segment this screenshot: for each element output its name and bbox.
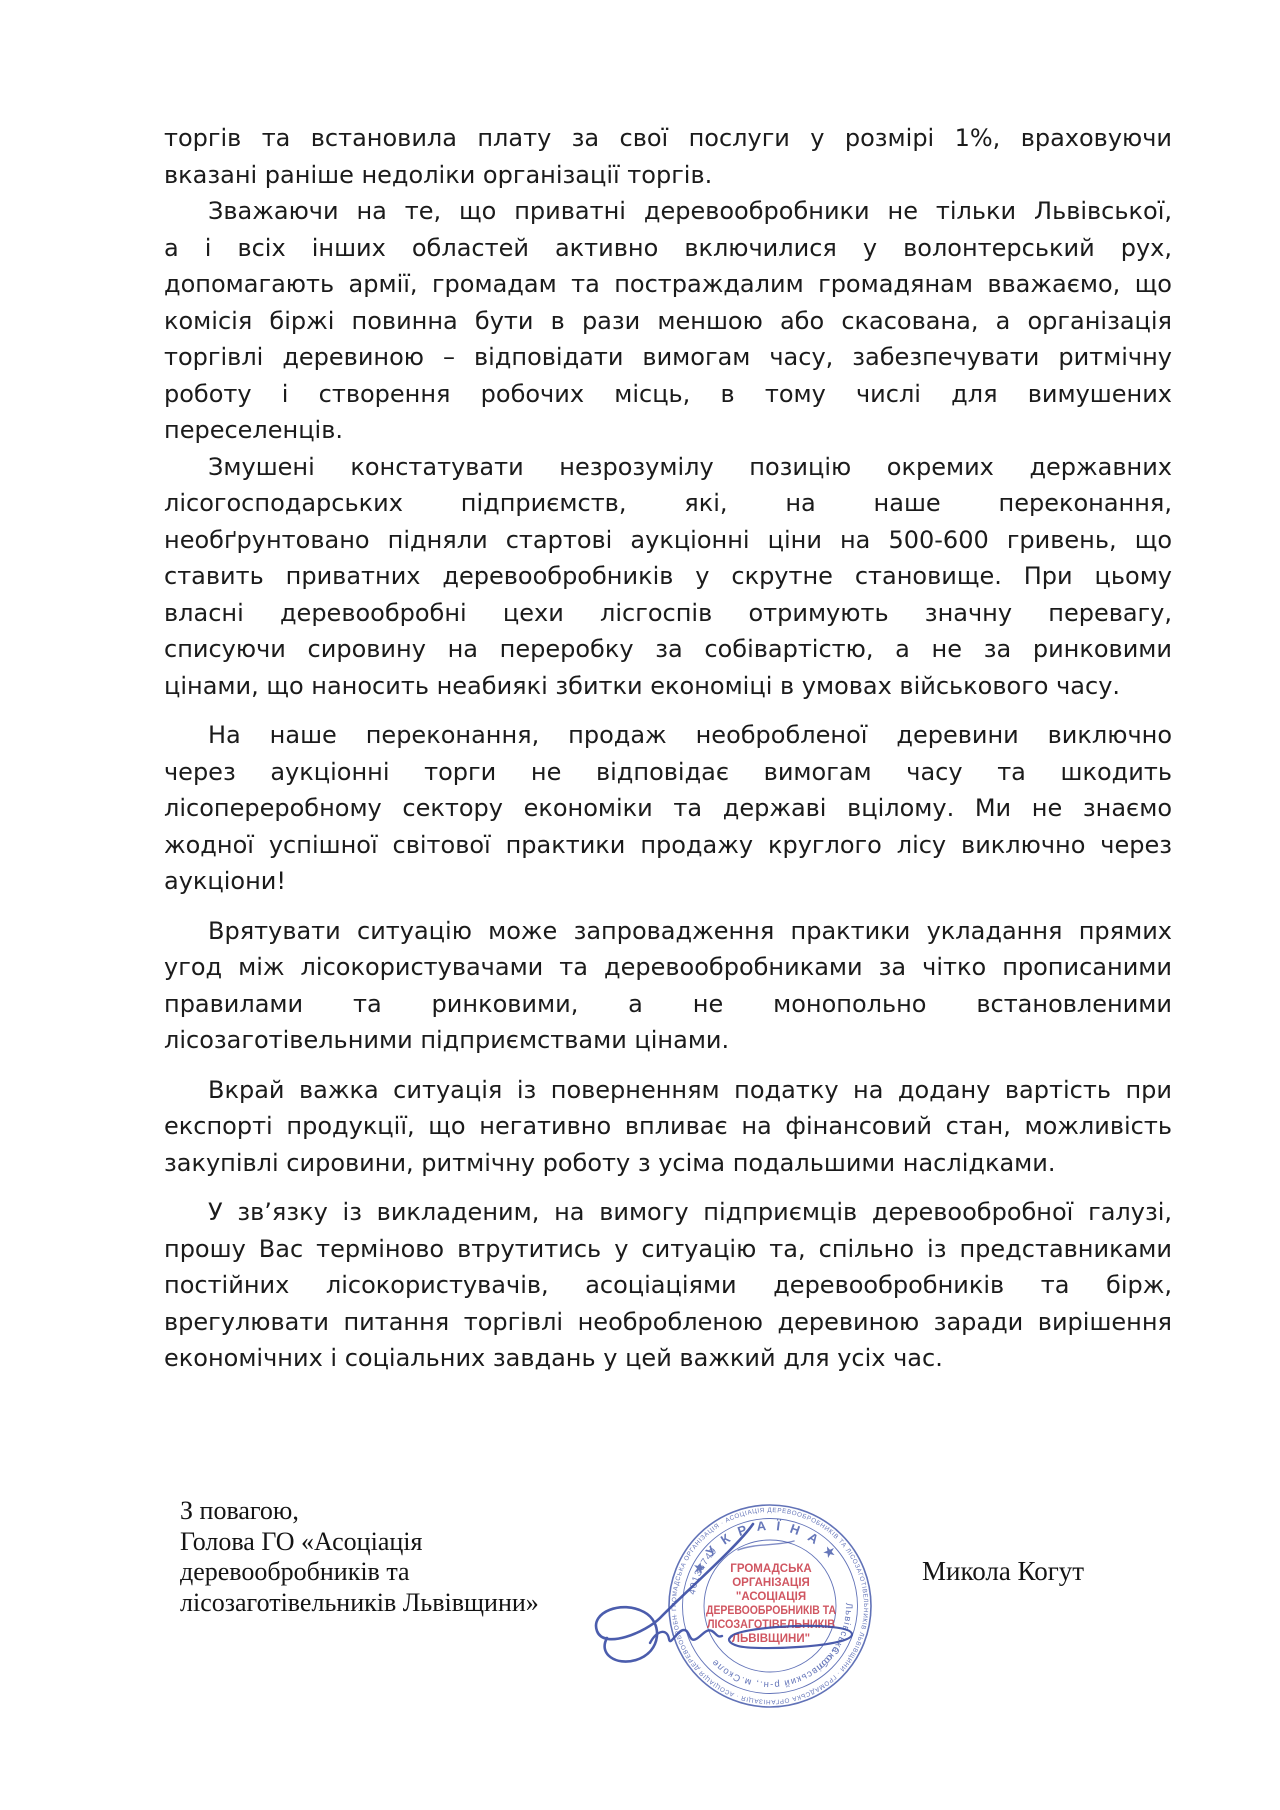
closing-line: Голова ГО «Асоціація: [180, 1527, 539, 1558]
text-line: лісопереробному сектору економіки та дер…: [164, 790, 1172, 827]
paragraph: торгів та встановила плату за свої послу…: [164, 120, 1172, 193]
text-line: цінами, що наносить неабиякі збитки екон…: [164, 668, 1172, 705]
text-line: жодної успішної світової практики продаж…: [164, 827, 1172, 864]
text-line: постійних лісокористувачів, асоціаціями …: [164, 1267, 1172, 1304]
text-line: У зв’язку із викладеним, на вимогу підпр…: [164, 1194, 1172, 1231]
text-line: угод між лісокористувачами та деревообро…: [164, 949, 1172, 986]
closing-line: деревообробників та: [180, 1557, 539, 1588]
paragraph: Врятувати ситуацію може запровадження пр…: [164, 913, 1172, 1059]
closing-block: З повагою, Голова ГО «Асоціація деревооб…: [180, 1496, 539, 1618]
text-line: допомагають армії, громадам та постражда…: [164, 266, 1172, 303]
text-line: експорті продукції, що негативно впливає…: [164, 1108, 1172, 1145]
text-line: необґрунтовано підняли стартові аукціонн…: [164, 522, 1172, 559]
text-line: ставить приватних деревообробників у скр…: [164, 558, 1172, 595]
closing-line: лісозаготівельників Львівщини»: [180, 1588, 539, 1619]
text-line: переселенців.: [164, 412, 1172, 449]
official-stamp: · ГРОМАДСЬКА ОРГАНІЗАЦІЯ · АСОЦІАЦІЯ ДЕР…: [560, 1488, 900, 1723]
text-line: Вкрай важка ситуація із поверненням пода…: [164, 1072, 1172, 1109]
text-line: через аукціонні торги не відповідає вимо…: [164, 754, 1172, 791]
text-line: закупівлі сировини, ритмічну роботу з ус…: [164, 1145, 1172, 1182]
text-line: торгів та встановила плату за свої послу…: [164, 120, 1172, 157]
closing-line: З повагою,: [180, 1496, 539, 1527]
stamp-center-line: "АСОЦІАЦІЯ: [736, 1591, 806, 1603]
paragraph: У зв’язку із викладеним, на вимогу підпр…: [164, 1194, 1172, 1377]
text-line: Врятувати ситуацію може запровадження пр…: [164, 913, 1172, 950]
text-line: списуючи сировину на переробку за собіва…: [164, 631, 1172, 668]
letter-body: торгів та встановила плату за свої послу…: [164, 120, 1172, 1377]
text-line: правилами та ринковими, а не монопольно …: [164, 986, 1172, 1023]
text-line: Змушені констатувати незрозумілу позицію…: [164, 449, 1172, 486]
text-line: комісія біржі повинна бути в рази меншою…: [164, 303, 1172, 340]
text-line: власні деревообробні цехи лісгоспів отри…: [164, 595, 1172, 632]
text-line: врегулювати питання торгівлі необроблено…: [164, 1304, 1172, 1341]
paragraph: Зважаючи на те, що приватні деревообробн…: [164, 193, 1172, 449]
text-line: вказані раніше недоліки організації торг…: [164, 157, 1172, 194]
signer-name: Микола Когут: [922, 1556, 1084, 1587]
document-page: торгів та встановила плату за свої послу…: [0, 0, 1280, 1810]
paragraph: На наше переконання, продаж необробленої…: [164, 717, 1172, 900]
text-line: Зважаючи на те, що приватні деревообробн…: [164, 193, 1172, 230]
text-line: а і всіх інших областей активно включили…: [164, 230, 1172, 267]
stamp-center-line: ОРГАНІЗАЦІЯ: [732, 1577, 810, 1589]
text-line: лісозаготівельними підприємствами цінами…: [164, 1022, 1172, 1059]
text-line: прошу Вас терміново втрутитись у ситуаці…: [164, 1231, 1172, 1268]
text-line: аукціони!: [164, 863, 1172, 900]
stamp-center-line: ГРОМАДСЬКА: [730, 1563, 811, 1575]
paragraph: Вкрай важка ситуація із поверненням пода…: [164, 1072, 1172, 1182]
text-line: лісогосподарських підприємств, які, на н…: [164, 485, 1172, 522]
text-line: На наше переконання, продаж необробленої…: [164, 717, 1172, 754]
stamp-center-line: ДЕРЕВООБРОБНИКІВ ТА: [706, 1605, 836, 1617]
text-line: роботу і створення робочих місць, в тому…: [164, 376, 1172, 413]
text-line: торгівлі деревиною – відповідати вимогам…: [164, 339, 1172, 376]
text-line: економічних і соціальних завдань у цей в…: [164, 1340, 1172, 1377]
stamp-center-text: ГРОМАДСЬКА ОРГАНІЗАЦІЯ "АСОЦІАЦІЯ ДЕРЕВО…: [706, 1563, 836, 1645]
stamp-center-line: ЛЬВІВЩИНИ": [732, 1633, 810, 1645]
paragraph: Змушені констатувати незрозумілу позицію…: [164, 449, 1172, 705]
